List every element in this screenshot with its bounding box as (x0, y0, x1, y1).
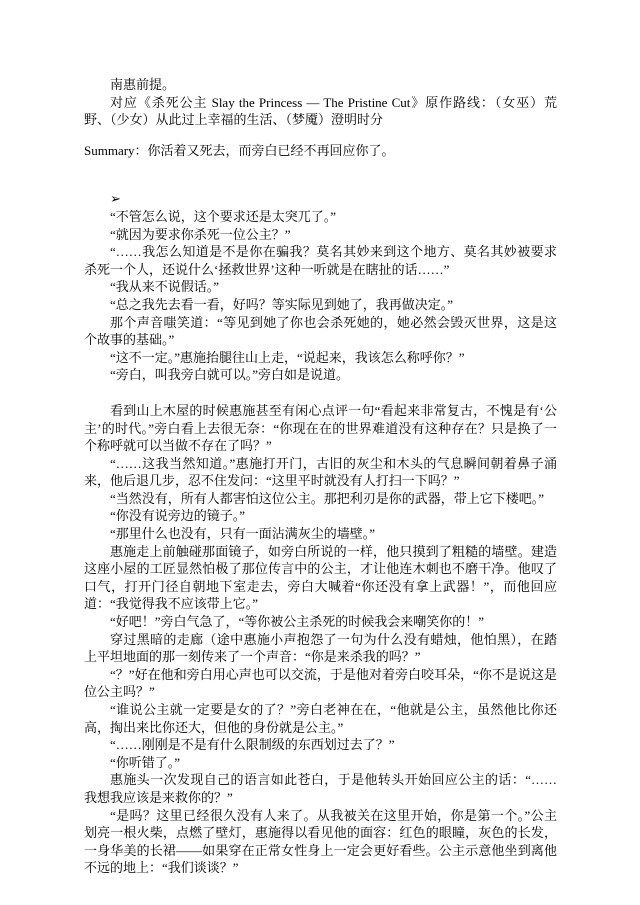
story-paragraph: “当然没有，所有人都害怕这位公主。那把利刃是你的武器，带上它下楼吧。” (84, 490, 557, 508)
story-paragraph: “总之我先去看一看，好吗？等实际见到她了，我再做决定。” (84, 296, 557, 314)
story-paragraph: 穿过黑暗的走廊（途中惠施小声抱怨了一句为什么没有蜡烛，他怕黑），在踏上平坦地面的… (84, 631, 557, 666)
story-paragraph: “旁白，叫我旁白就可以。”旁白如是说道。 (84, 366, 557, 384)
story-paragraph: “……刚刚是不是有什么限制级的东西划过去了？” (84, 736, 557, 754)
story-paragraph: 惠施头一次发现自己的语言如此苍白，于是他转头开始回应公主的话：“……我想我应该是… (84, 771, 557, 806)
story-paragraph: 惠施走上前触碰那面镜子，如旁白所说的一样，他只摸到了粗糙的墙壁。建造这座小屋的工… (84, 543, 557, 613)
story-paragraph: “好吧！”旁白气急了，“等你被公主杀死的时候我会来嘲笑你的！” (84, 613, 557, 631)
route-line: 对应《杀死公主 Slay the Princess — The Pristine… (84, 94, 557, 129)
premise-line: 南惠前提。 (84, 76, 557, 94)
story-paragraph: “……这我当然知道。”惠施打开门，古旧的灰尘和木头的气息瞬间朝着鼻子涌来，他后退… (84, 455, 557, 490)
story-paragraph: “这不一定。”惠施抬腿往山上走，“说起来，我该怎么称呼你？” (84, 349, 557, 367)
story-paragraph: “就因为要求你杀死一位公主？” (84, 226, 557, 244)
story-paragraph: “……我怎么知道是不是你在骗我？莫名其妙来到这个地方、莫名其妙被要求杀死一个人，… (84, 243, 557, 278)
story-paragraph: “不管怎么说，这个要求还是太突兀了。” (84, 208, 557, 226)
story-paragraph: “你听错了。” (84, 754, 557, 772)
story-paragraph: “是吗？这里已经很久没有人来了。从我被关在这里开始，你是第一个。”公主划亮一根火… (84, 807, 557, 877)
arrow-bullet-icon: ➢ (84, 190, 557, 208)
story-paragraph: “？”好在他和旁白用心声也可以交流，于是他对着旁白咬耳朵，“你不是说这是位公主吗… (84, 666, 557, 701)
story-paragraph: “我从来不说假话。” (84, 278, 557, 296)
story-paragraph: 那个声音嗤笑道：“等见到她了你也会杀死她的，她必然会毁灭世界，这是这个故事的基础… (84, 314, 557, 349)
story-paragraph: 看到山上木屋的时候惠施甚至有闲心点评一句“看起来非常复古，不愧是有‘公主’的时代… (84, 402, 557, 455)
story-paragraph: “那里什么也没有，只有一面沾满灰尘的墙壁。” (84, 525, 557, 543)
story-paragraph: “谁说公主就一定要是女的了？”旁白老神在在，“他就是公主，虽然他比你还高，掏出来… (84, 701, 557, 736)
document-page: 南惠前提。 对应《杀死公主 Slay the Princess — The Pr… (0, 0, 640, 905)
summary-line: Summary：你活着又死去，而旁白已经不再回应你了。 (84, 142, 557, 160)
story-paragraph: “你没有说旁边的镜子。” (84, 507, 557, 525)
